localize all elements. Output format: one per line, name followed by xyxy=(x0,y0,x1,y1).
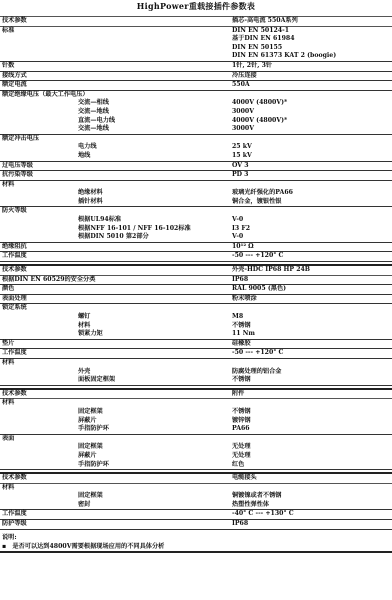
param-value: 铜合金，镀银性银 xyxy=(232,198,282,207)
param-name: 垫片 xyxy=(2,340,14,349)
sub-param-name: 手指防护环 xyxy=(78,425,109,434)
section-header-label: 技术参数 xyxy=(2,474,27,483)
section-header-label: 技术参数 xyxy=(2,390,27,399)
param-name: 锁定系统 xyxy=(2,304,27,313)
table-row: 表面 xyxy=(0,435,392,444)
sub-param-name: 锁紧力矩 xyxy=(78,330,103,339)
param-value: V-0 xyxy=(232,233,243,242)
section-header-value: 附件 xyxy=(232,390,244,399)
sub-param-name: 直流—电力线 xyxy=(78,117,115,126)
param-value: 粉末喷涂 xyxy=(232,295,257,304)
sub-param-name: 屏蔽片 xyxy=(78,452,97,461)
table-row: 工作温度-50 --- +120° C xyxy=(0,349,392,359)
param-value: 防腐处理的铝合金 xyxy=(232,368,282,377)
param-name: 材料 xyxy=(2,181,14,190)
section-header-value: 外壳-HDC IP68 HP 24B xyxy=(232,266,310,275)
param-value: 无处理 xyxy=(232,443,251,452)
param-value: -40° C --- +130° C xyxy=(232,510,294,519)
table-row: 材料 xyxy=(0,359,392,368)
param-value: 热塑性弹性体 xyxy=(232,501,269,510)
sub-param-name: 交流—地线 xyxy=(78,108,109,117)
section-header-value: 电缆接头 xyxy=(232,474,257,483)
param-value: 红色 xyxy=(232,461,244,470)
sub-param-name: 插针材料 xyxy=(78,198,103,207)
table-row: 手指防护环PA66 xyxy=(0,425,392,435)
sub-param-name: 地线 xyxy=(78,152,90,161)
param-value: 冷压连接 xyxy=(232,72,257,81)
table-row: 屏蔽片无处理 xyxy=(0,452,392,461)
table-row: 屏蔽片镀锌钢 xyxy=(0,417,392,426)
param-value: V-0 xyxy=(232,216,243,225)
table-row: 交流—地线3000V xyxy=(0,125,392,135)
page-title: HighPower重载接插件参数表 xyxy=(0,0,392,14)
param-value: -50 --- +120° C xyxy=(232,349,283,358)
param-name: 额定绝缘电压（最大工作电压） xyxy=(2,91,89,100)
param-name: 工作温度 xyxy=(2,349,27,358)
param-value: 不锈钢 xyxy=(232,376,251,385)
param-name: 材料 xyxy=(2,399,14,408)
table-row: 交流—地线3000V xyxy=(0,108,392,117)
table-row: 直流—电力线4000V (4800V)* xyxy=(0,117,392,126)
param-value: PA66 xyxy=(232,425,250,434)
param-value: 3000V xyxy=(232,108,254,117)
param-name: 抗污染等级 xyxy=(2,171,33,180)
table-row: 锁定系统 xyxy=(0,304,392,313)
sub-param-name: 外壳 xyxy=(78,368,90,377)
table-row: 电力线25 kV xyxy=(0,143,392,152)
sub-param-name: 手指防护环 xyxy=(78,461,109,470)
table-row: 颜色RAL 9005 (黑色) xyxy=(0,285,392,295)
sub-param-name: 固定框架 xyxy=(78,443,103,452)
spec-section: 技术参数电缆接头材料固定框架铜镀镍或者不锈钢密封热塑性弹性体工作温度-40° C… xyxy=(0,472,392,530)
param-name: 工作温度 xyxy=(2,510,27,519)
table-row: 针数1针, 2针, 3针 xyxy=(0,62,392,72)
table-row: 工作温度-40° C --- +130° C xyxy=(0,510,392,520)
table-row: 防护等级IP68 xyxy=(0,520,392,530)
param-value: 4000V (4800V)* xyxy=(232,117,287,126)
table-row: DIN EN 50155 xyxy=(0,44,392,53)
section-header-value: 插芯-高电流 550A系列 xyxy=(232,17,298,26)
param-value: I3 F2 xyxy=(232,225,250,234)
param-name: 表面处理 xyxy=(2,295,27,304)
table-row: 密封热塑性弹性体 xyxy=(0,501,392,511)
table-row: 抗污染等级PD 3 xyxy=(0,171,392,181)
table-row: DIN EN 61373 KAT 2 (boogie) xyxy=(0,52,392,62)
spec-section: 技术参数附件材料固定框架不锈钢屏蔽片镀锌钢手指防护环PA66表面固定框架无处理屏… xyxy=(0,388,392,470)
sub-param-name: 根据NFF 16-101 / NFF 16-102标准 xyxy=(78,225,191,234)
table-row: 材料 xyxy=(0,484,392,493)
param-name: 额定电流 xyxy=(2,81,27,90)
param-name: 表面 xyxy=(2,435,14,444)
param-value: 11 Nm xyxy=(232,330,255,339)
sub-param-name: 交流—相线 xyxy=(78,99,109,108)
table-row: 固定框架不锈钢 xyxy=(0,408,392,417)
table-row: 锁紧力矩11 Nm xyxy=(0,330,392,340)
param-value: M8 xyxy=(232,313,243,322)
param-value: 25 kV xyxy=(232,143,252,152)
param-name: 绝缘阻抗 xyxy=(2,243,27,252)
param-value: 550A xyxy=(232,81,250,90)
table-row: 螺钉M8 xyxy=(0,313,392,322)
table-row: 过电压等级OV 3 xyxy=(0,162,392,172)
table-row: 标准DIN EN 50124-1 xyxy=(0,27,392,36)
param-name: 防护等级 xyxy=(2,520,27,529)
param-name: 材料 xyxy=(2,484,14,493)
param-value: PD 3 xyxy=(232,171,248,180)
spec-tables: 技术参数插芯-高电流 550A系列标准DIN EN 50124-1基于DIN E… xyxy=(0,16,392,530)
sub-param-name: 交流—地线 xyxy=(78,125,109,134)
table-row: 绝缘阻抗10¹² Ω xyxy=(0,243,392,253)
section-header-row: 技术参数插芯-高电流 550A系列 xyxy=(0,16,392,27)
table-row: 根据DIN EN 60529的安全分类IP68 xyxy=(0,276,392,286)
sub-param-name: 根据UL94标准 xyxy=(78,216,121,225)
table-row: 根据DIN 5010 第2部分V-0 xyxy=(0,233,392,243)
param-value: IP68 xyxy=(232,276,248,285)
param-value: DIN EN 50124-1 xyxy=(232,27,289,36)
param-value: OV 3 xyxy=(232,162,249,171)
table-row: 地线15 kV xyxy=(0,152,392,162)
table-row: 表面处理粉末喷涂 xyxy=(0,295,392,305)
param-value: DIN EN 61373 KAT 2 (boogie) xyxy=(232,52,336,61)
param-value: DIN EN 50155 xyxy=(232,44,282,53)
section-header-row: 技术参数附件 xyxy=(0,388,392,400)
param-name: 过电压等级 xyxy=(2,162,33,171)
sub-param-name: 密封 xyxy=(78,501,90,510)
param-value: 3000V xyxy=(232,125,254,134)
param-value: IP68 xyxy=(232,520,248,529)
table-row: 额定绝缘电压（最大工作电压） xyxy=(0,91,392,100)
param-value: 1针, 2针, 3针 xyxy=(232,62,272,71)
table-row: 材料 xyxy=(0,181,392,190)
param-value: 15 kV xyxy=(232,152,252,161)
sub-param-name: 绝缘材料 xyxy=(78,189,103,198)
table-row: 插针材料铜合金，镀银性银 xyxy=(0,198,392,208)
param-value: 铜镀镍或者不锈钢 xyxy=(232,492,282,501)
sub-param-name: 螺钉 xyxy=(78,313,90,322)
param-value: 不锈钢 xyxy=(232,408,251,417)
param-value: 镀锌钢 xyxy=(232,417,251,426)
param-name: 标准 xyxy=(2,27,14,36)
table-row: 根据UL94标准V-0 xyxy=(0,216,392,225)
param-value: 玻璃光纤强化的PA66 xyxy=(232,189,293,198)
table-row: 根据NFF 16-101 / NFF 16-102标准I3 F2 xyxy=(0,225,392,234)
param-value: -50 --- +120° C xyxy=(232,252,283,261)
param-name: 根据DIN EN 60529的安全分类 xyxy=(2,276,95,285)
param-value: 4000V (4800V)* xyxy=(232,99,287,108)
table-row: 手指防护环红色 xyxy=(0,461,392,471)
param-name: 接线方式 xyxy=(2,72,27,81)
notes-heading: 说明: xyxy=(0,533,392,542)
param-name: 额定冲击电压 xyxy=(2,135,39,144)
param-name: 防火等级 xyxy=(2,207,27,216)
table-row: 基于DIN EN 61984 xyxy=(0,35,392,44)
param-name: 材料 xyxy=(2,359,14,368)
param-value: 硅橡胶 xyxy=(232,340,251,349)
param-value: RAL 9005 (黑色) xyxy=(232,285,286,294)
sub-param-name: 屏蔽片 xyxy=(78,417,97,426)
note-item: ▪ 是否可以达到4800V需要根据现场应用的不同具体分析 xyxy=(0,542,392,553)
sub-param-name: 固定框架 xyxy=(78,492,103,501)
section-header-label: 技术参数 xyxy=(2,17,27,26)
table-row: 固定框架铜镀镍或者不锈钢 xyxy=(0,492,392,501)
table-row: 材料 xyxy=(0,399,392,408)
table-row: 额定电流550A xyxy=(0,81,392,91)
sub-param-name: 根据DIN 5010 第2部分 xyxy=(78,233,149,242)
table-row: 接线方式冷压连接 xyxy=(0,72,392,82)
param-value: 10¹² Ω xyxy=(232,243,254,252)
table-row: 交流—相线4000V (4800V)* xyxy=(0,99,392,108)
sub-param-name: 面板固定框架 xyxy=(78,376,115,385)
section-header-row: 技术参数电缆接头 xyxy=(0,472,392,484)
sub-param-name: 电力线 xyxy=(78,143,97,152)
table-row: 绝缘材料玻璃光纤强化的PA66 xyxy=(0,189,392,198)
param-name: 工作温度 xyxy=(2,252,27,261)
table-row: 防火等级 xyxy=(0,207,392,216)
table-row: 工作温度-50 --- +120° C xyxy=(0,252,392,262)
section-header-row: 技术参数外壳-HDC IP68 HP 24B xyxy=(0,264,392,276)
param-value: 不锈钢 xyxy=(232,322,251,331)
sub-param-name: 材料 xyxy=(78,322,90,331)
param-value: 基于DIN EN 61984 xyxy=(232,35,295,44)
sub-param-name: 固定框架 xyxy=(78,408,103,417)
spec-section: 技术参数插芯-高电流 550A系列标准DIN EN 50124-1基于DIN E… xyxy=(0,16,392,262)
param-value: 无处理 xyxy=(232,452,251,461)
bullet-icon: ▪ xyxy=(2,543,6,550)
table-row: 面板固定框架不锈钢 xyxy=(0,376,392,386)
param-name: 针数 xyxy=(2,62,14,71)
spec-section: 技术参数外壳-HDC IP68 HP 24B根据DIN EN 60529的安全分… xyxy=(0,264,392,386)
table-row: 垫片硅橡胶 xyxy=(0,340,392,350)
table-row: 额定冲击电压 xyxy=(0,135,392,144)
table-row: 外壳防腐处理的铝合金 xyxy=(0,368,392,377)
section-header-label: 技术参数 xyxy=(2,266,27,275)
note-text: 是否可以达到4800V需要根据现场应用的不同具体分析 xyxy=(12,543,164,550)
param-name: 颜色 xyxy=(2,285,14,294)
table-row: 固定框架无处理 xyxy=(0,443,392,452)
table-row: 材料不锈钢 xyxy=(0,322,392,331)
